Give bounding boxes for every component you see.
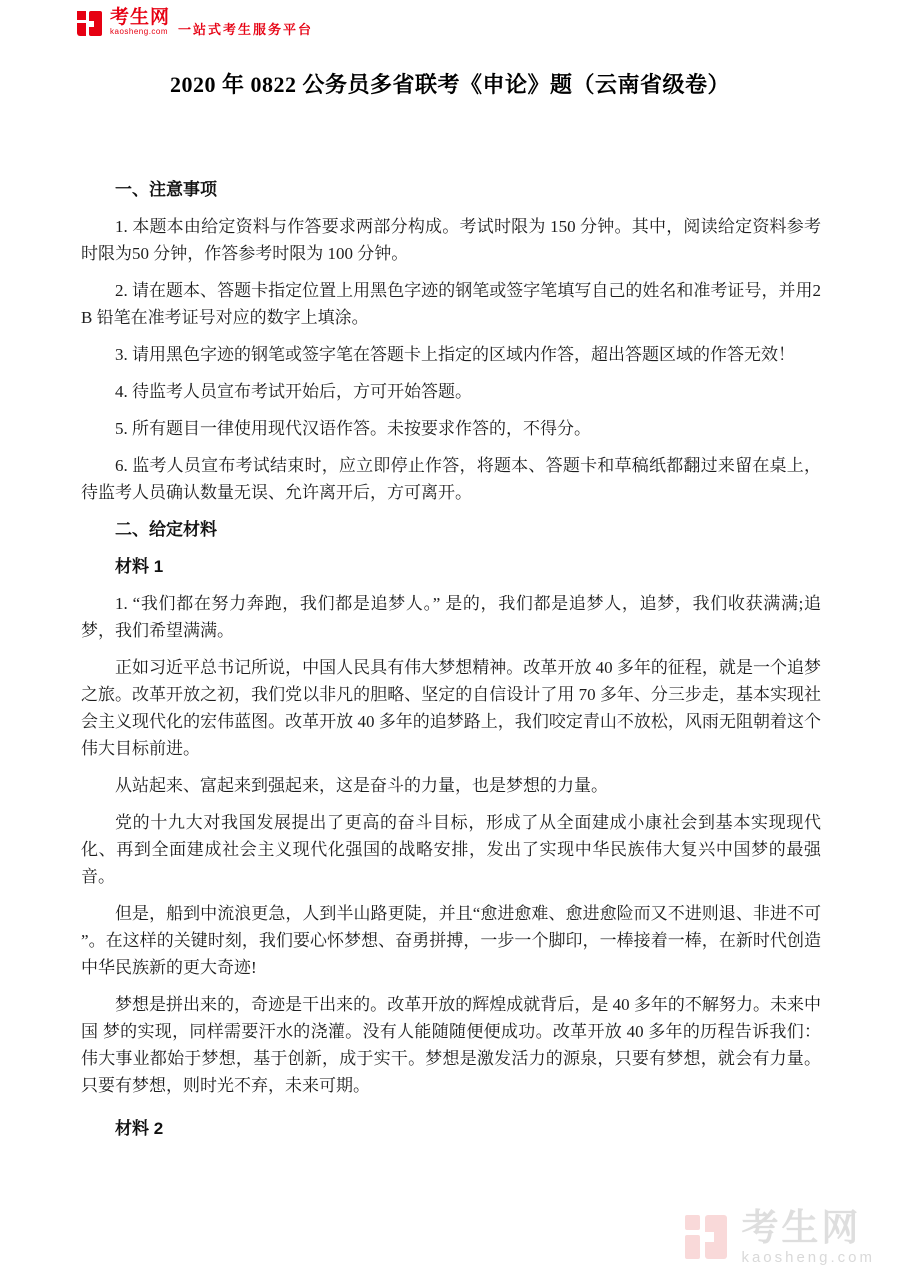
- section-heading-notices: 一、注意事项: [81, 176, 821, 203]
- notice-item-6: 6. 监考人员宣布考试结束时，应立即停止作答，将题本、答题卡和草稿纸都翻过来留在…: [81, 452, 821, 506]
- site-header: 考生网 kaosheng.com 一站式考生服务平台: [75, 8, 313, 39]
- watermark-brand-text: 考生网: [741, 1209, 875, 1246]
- material-1-paragraph-1: 1. “我们都在努力奔跑，我们都是追梦人。” 是的，我们都是追梦人，追梦，我们收…: [81, 590, 821, 644]
- watermark-domain-text: kaosheng.com: [741, 1250, 875, 1265]
- logo-brand-text: 考生网: [110, 8, 170, 27]
- material-1-paragraph-6: 梦想是拼出来的，奇迹是干出来的。改革开放的辉煌成就背后，是 40 多年的不解努力…: [81, 991, 821, 1099]
- footer-watermark: 考生网 kaosheng.com: [683, 1209, 875, 1265]
- kaosheng-logo-icon: [75, 8, 107, 39]
- watermark-text-stack: 考生网 kaosheng.com: [741, 1209, 875, 1265]
- document-body: 一、注意事项 1. 本题本由给定资料与作答要求两部分构成。考试时限为 150 分…: [81, 176, 821, 1142]
- notice-item-3: 3. 请用黑色字迹的钢笔或签字笔在答题卡上指定的区域内作答，超出答题区域的作答无…: [81, 341, 821, 368]
- logo-domain-text: kaosheng.com: [110, 28, 170, 36]
- material-1-paragraph-4: 党的十九大对我国发展提出了更高的奋斗目标，形成了从全面建成小康社会到基本实现现代…: [81, 809, 821, 890]
- material-1-paragraph-5: 但是，船到中流浪更急，人到半山路更陡，并且“愈进愈难、愈进愈险而又不进则退、非进…: [81, 900, 821, 981]
- notice-item-2: 2. 请在题本、答题卡指定位置上用黑色字迹的钢笔或签字笔填写自己的姓名和准考证号…: [81, 277, 821, 331]
- material-2-label: 材料 2: [81, 1115, 821, 1142]
- page-title: 2020 年 0822 公务员多省联考《申论》题（云南省级卷）: [0, 70, 900, 100]
- section-heading-materials: 二、给定材料: [81, 516, 821, 543]
- notice-item-4: 4. 待监考人员宣布考试开始后，方可开始答题。: [81, 378, 821, 405]
- logo-slogan-text: 一站式考生服务平台: [178, 19, 313, 38]
- kaosheng-watermark-icon: [683, 1209, 735, 1265]
- kaosheng-logo[interactable]: 考生网 kaosheng.com 一站式考生服务平台: [75, 8, 313, 39]
- notice-item-5: 5. 所有题目一律使用现代汉语作答。未按要求作答的，不得分。: [81, 415, 821, 442]
- logo-text-stack: 考生网 kaosheng.com: [110, 8, 170, 36]
- notice-item-1: 1. 本题本由给定资料与作答要求两部分构成。考试时限为 150 分钟。其中，阅读…: [81, 213, 821, 267]
- material-1-label: 材料 1: [81, 553, 821, 580]
- exam-paper-page: 考生网 kaosheng.com 一站式考生服务平台 2020 年 0822 公…: [0, 0, 900, 1273]
- material-1-paragraph-2: 正如习近平总书记所说，中国人民具有伟大梦想精神。改革开放 40 多年的征程，就是…: [81, 654, 821, 762]
- material-1-paragraph-3: 从站起来、富起来到强起来，这是奋斗的力量，也是梦想的力量。: [81, 772, 821, 799]
